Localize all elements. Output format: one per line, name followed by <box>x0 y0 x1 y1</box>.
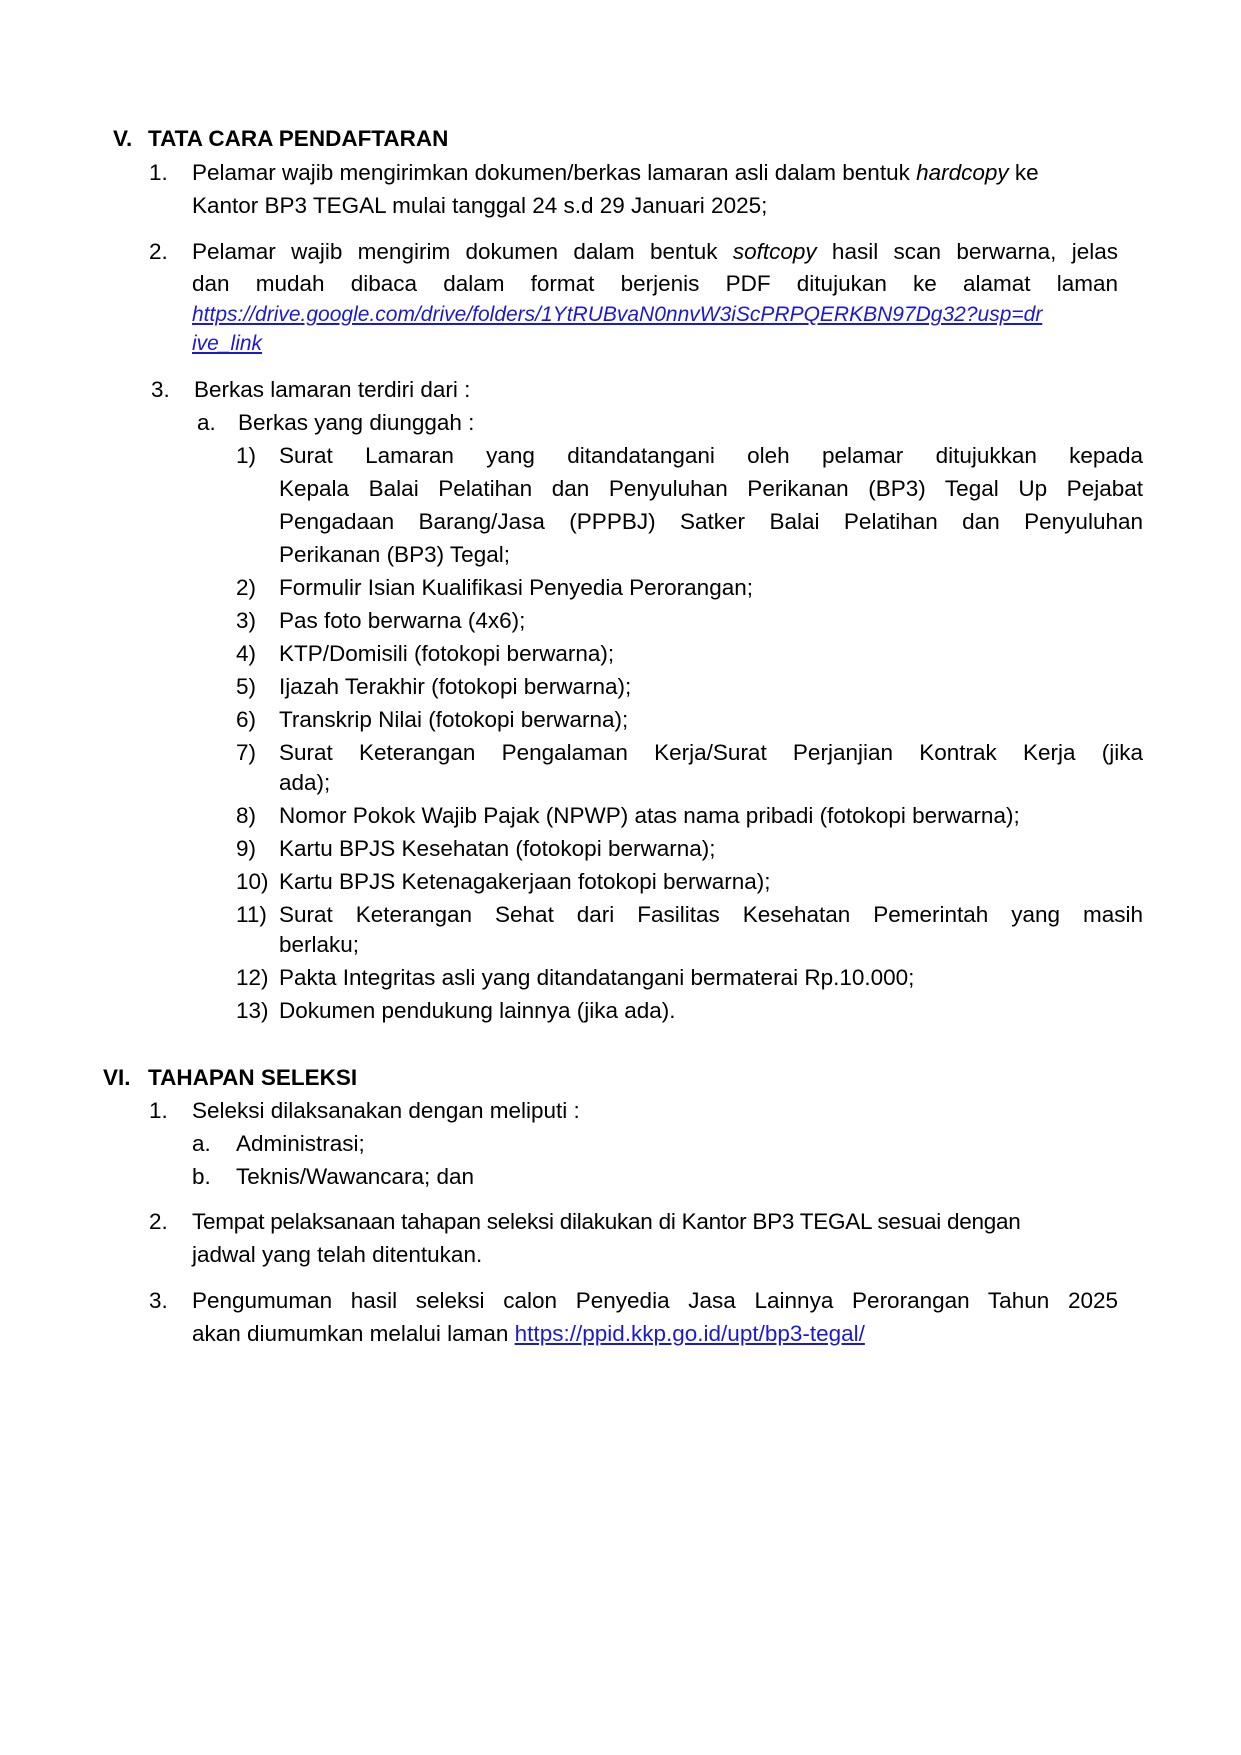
v-item3-number: 3. <box>151 375 170 405</box>
vi-item2-number: 2. <box>149 1207 168 1237</box>
vi-item1-sub-a-text: Administrasi; <box>236 1129 365 1159</box>
section-v-title: TATA CARA PENDAFTARAN <box>148 124 448 154</box>
v-item1-line2: Kantor BP3 TEGAL mulai tanggal 24 s.d 29… <box>192 191 767 221</box>
document-item-text: KTP/Domisili (fotokopi berwarna); <box>279 639 614 669</box>
document-item-text: Pas foto berwarna (4x6); <box>279 606 525 636</box>
v-item3-sub-a-text: Berkas yang diunggah : <box>238 408 474 438</box>
v-item2-line1: Pelamar wajib mengirim dokumen dalam ben… <box>192 237 1118 267</box>
v-item2-line2: dan mudah dibaca dalam format berjenis P… <box>192 269 1118 299</box>
document-item-number: 10) <box>236 867 269 897</box>
document-item-text: Perikanan (BP3) Tegal; <box>279 540 510 570</box>
document-item-number: 13) <box>236 996 269 1026</box>
ppid-bp3-tegal-link[interactable]: https://ppid.kkp.go.id/upt/bp3-tegal/ <box>515 1321 865 1346</box>
section-vi-number: VI. <box>103 1063 131 1093</box>
document-item-number: 4) <box>236 639 256 669</box>
document-item-text: Kartu BPJS Ketenagakerjaan fotokopi berw… <box>279 867 771 897</box>
vi-item3-line1: Pengumuman hasil seleksi calon Penyedia … <box>192 1286 1118 1316</box>
document-item-number: 1) <box>236 441 256 471</box>
document-item-text: Surat Lamaran yang ditandatangani oleh p… <box>279 441 1143 471</box>
document-item-number: 2) <box>236 573 256 603</box>
document-item-text: Pengadaan Barang/Jasa (PPPBJ) Satker Bal… <box>279 507 1143 537</box>
document-item-text: Ijazah Terakhir (fotokopi berwarna); <box>279 672 631 702</box>
vi-item3-line2: akan diumumkan melalui laman https://ppi… <box>192 1319 865 1349</box>
document-item-number: 11) <box>236 900 267 930</box>
document-item-text: Nomor Pokok Wajib Pajak (NPWP) atas nama… <box>279 801 1020 831</box>
drive-folder-link[interactable]: https://drive.google.com/drive/folders/1… <box>192 303 1042 326</box>
vi-item3-number: 3. <box>149 1286 168 1316</box>
document-item-text: berlaku; <box>279 930 359 960</box>
section-v-number: V. <box>113 124 132 154</box>
vi-item2-line1: Tempat pelaksanaan tahapan seleksi dilak… <box>192 1207 1021 1237</box>
vi-item1-sub-b-letter: b. <box>192 1162 211 1192</box>
document-item-number: 6) <box>236 705 256 735</box>
v-item2-number: 2. <box>149 237 168 267</box>
document-item-text: Pakta Integritas asli yang ditandatangan… <box>279 963 914 993</box>
v-item1-number: 1. <box>149 158 168 188</box>
drive-link-line2[interactable]: ive_link <box>192 329 262 359</box>
v-item3-text: Berkas lamaran terdiri dari : <box>194 375 470 405</box>
document-item-number: 5) <box>236 672 256 702</box>
drive-link-line1[interactable]: https://drive.google.com/drive/folders/1… <box>192 300 1042 330</box>
drive-folder-link-continued[interactable]: ive_link <box>192 332 262 355</box>
document-item-number: 9) <box>236 834 256 864</box>
document-item-text: Surat Keterangan Pengalaman Kerja/Surat … <box>279 738 1143 768</box>
document-item-number: 7) <box>236 738 256 768</box>
section-vi-title: TAHAPAN SELEKSI <box>148 1063 357 1093</box>
document-item-text: ada); <box>279 768 330 798</box>
document-item-text: Formulir Isian Kualifikasi Penyedia Pero… <box>279 573 753 603</box>
document-item-number: 8) <box>236 801 256 831</box>
vi-item2-line2: jadwal yang telah ditentukan. <box>192 1240 482 1270</box>
document-item-number: 3) <box>236 606 256 636</box>
document-item-text: Kartu BPJS Kesehatan (fotokopi berwarna)… <box>279 834 716 864</box>
vi-item1-sub-a-letter: a. <box>192 1129 211 1159</box>
document-item-number: 12) <box>236 963 269 993</box>
v-item3-sub-a-letter: a. <box>197 408 216 438</box>
vi-item1-sub-b-text: Teknis/Wawancara; dan <box>236 1162 474 1192</box>
document-item-text: Transkrip Nilai (fotokopi berwarna); <box>279 705 628 735</box>
v-item1-line1: Pelamar wajib mengirimkan dokumen/berkas… <box>192 158 1039 188</box>
document-item-text: Dokumen pendukung lainnya (jika ada). <box>279 996 676 1026</box>
document-item-text: Surat Keterangan Sehat dari Fasilitas Ke… <box>279 900 1143 930</box>
vi-item1-text: Seleksi dilaksanakan dengan meliputi : <box>192 1096 580 1126</box>
vi-item1-number: 1. <box>149 1096 168 1126</box>
document-item-text: Kepala Balai Pelatihan dan Penyuluhan Pe… <box>279 474 1143 504</box>
